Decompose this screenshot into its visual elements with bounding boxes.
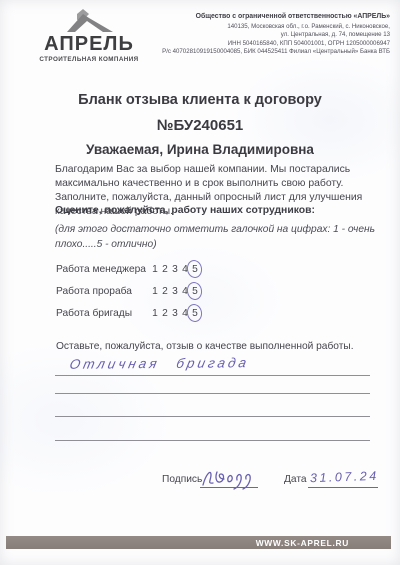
company-logo: АПРЕЛЬ СТРОИТЕЛЬНАЯ КОМПАНИЯ — [34, 8, 144, 63]
client-feedback-form-scan: АПРЕЛЬ СТРОИТЕЛЬНАЯ КОМПАНИЯ Общество с … — [0, 0, 400, 565]
company-requisites: Общество с ограниченной ответственностью… — [140, 13, 390, 57]
salutation: Уважаемая, Ирина Владимировна — [0, 142, 400, 157]
date-handwriting: 31.07.24 — [310, 469, 379, 485]
rating-label: Работа бригады — [56, 308, 148, 319]
rating-value: 2 — [160, 286, 170, 297]
rating-label: Работа прораба — [56, 286, 148, 297]
rating-value: 2 — [160, 264, 170, 275]
date-label: Дата — [284, 474, 307, 485]
rating-value: 3 — [170, 264, 180, 275]
footer-bar: WWW.SK-APREL.RU — [6, 536, 391, 549]
rating-value: 1 — [150, 264, 160, 275]
rating-value: 3 — [170, 308, 180, 319]
signature-underline — [200, 487, 258, 488]
signature-label: Подпись — [162, 474, 202, 485]
review-handwriting: Отличная бригада — [68, 355, 250, 372]
review-line — [55, 393, 370, 394]
review-line — [55, 416, 370, 417]
logo-subtitle: СТРОИТЕЛЬНАЯ КОМПАНИЯ — [34, 56, 144, 63]
rating-row: Работа прораба12345 — [56, 280, 200, 302]
form-title: Бланк отзыва клиента к договору — [0, 92, 400, 108]
rating-value: 1 — [150, 308, 160, 319]
rating-row: Работа бригады12345 — [56, 302, 200, 324]
rate-heading: Оцените, пожалуйста, работу наших сотруд… — [55, 205, 385, 216]
rating-value: 3 — [170, 286, 180, 297]
rating-scale: 12345 — [150, 264, 200, 275]
rating-scale: 12345 — [150, 286, 200, 297]
rating-value-selected: 5 — [190, 308, 200, 319]
review-line — [55, 440, 370, 441]
ratings-list: Работа менеджера12345Работа прораба12345… — [56, 258, 200, 324]
rate-hint: (для этого достаточно отметить галочкой … — [55, 222, 375, 252]
company-address-line: 140135, Московская обл., г.о. Раменский,… — [140, 23, 390, 32]
rating-row: Работа менеджера12345 — [56, 258, 200, 280]
rating-value-selected: 5 — [190, 286, 200, 297]
rating-value: 1 — [150, 286, 160, 297]
rating-value-selected: 5 — [190, 264, 200, 275]
company-address-line: ул. Центральная, д. 74, помещение 13 — [140, 31, 390, 40]
rating-scale: 12345 — [150, 308, 200, 319]
date-underline — [308, 487, 378, 488]
contract-number: №БУ240651 — [0, 117, 400, 134]
rating-label: Работа менеджера — [56, 264, 148, 275]
roof-icon — [63, 8, 115, 34]
review-line — [55, 375, 370, 376]
company-bank-line: Р/с 40702810919150004085, БИК 044525411 … — [140, 48, 390, 57]
logo-title: АПРЕЛЬ — [34, 34, 144, 54]
company-reg-line: ИНН 5040165840, КПП 504001001, ОГРН 1205… — [140, 40, 390, 49]
review-prompt: Оставьте, пожалуйста, отзыв о качестве в… — [56, 341, 354, 352]
footer-website: WWW.SK-APREL.RU — [256, 538, 349, 548]
company-name: Общество с ограниченной ответственностью… — [140, 13, 390, 22]
rating-value: 2 — [160, 308, 170, 319]
